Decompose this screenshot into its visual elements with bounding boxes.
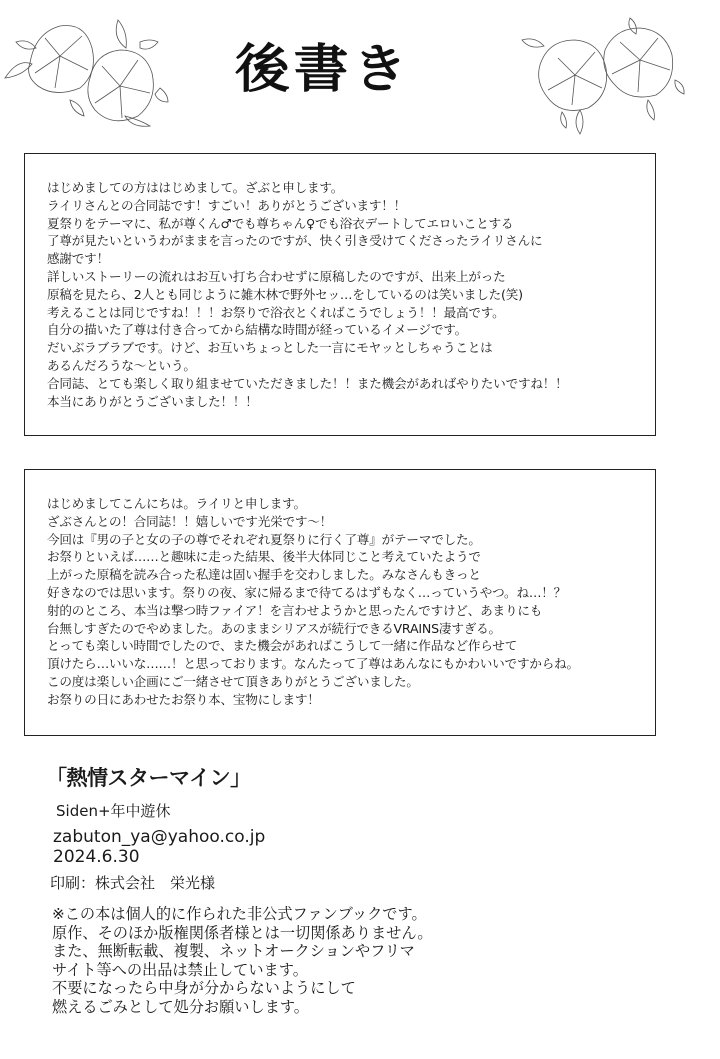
text-line: 台無しすぎたのでやめました。あのままシリアスが続行できるVRAINS凄すぎる。 bbox=[47, 620, 579, 638]
notice-line: また、無断転載、複製、ネットオークションやフリマ bbox=[52, 942, 433, 961]
book-title: 「熱情スターマイン」 bbox=[46, 762, 265, 792]
afterword-box-rairi: はじめましてこんにちは。ライリと申します。 ざぶさんとの！合同誌！！嬉しいです光… bbox=[24, 469, 656, 736]
page-title: 後書き bbox=[235, 40, 445, 100]
contact-email: zabuton_ya@yahoo.co.jp bbox=[53, 827, 265, 847]
printer-credit: 印刷：株式会社 栄光様 bbox=[50, 872, 265, 893]
notice-line: 不要になったら中身が分からないようにして bbox=[52, 979, 433, 998]
text-line: 考えることは同じですね！！！お祭りで浴衣とくればこうでしょう！！最高です。 bbox=[47, 304, 568, 322]
text-line: 好きなのでは思います。祭りの夜、家に帰るまで待てるはずもなく…っていうやつ。ね…… bbox=[47, 584, 579, 602]
text-line: 自分の描いた了尊は付き合ってから結構な時間が経っているイメージです。 bbox=[47, 321, 568, 339]
notice-line: 原作、そのほか版権関係者様とは一切関係ありません。 bbox=[52, 924, 433, 943]
morning-glory-icon bbox=[520, 10, 690, 135]
notice-line: ※この本は個人的に作られた非公式ファンブックです。 bbox=[52, 905, 433, 924]
text-line: 感謝です！ bbox=[47, 250, 568, 268]
text-line: とっても楽しい時間でしたので、また機会があればこうして一緒に作品など作らせて bbox=[47, 637, 579, 655]
text-line: 射的のところ、本当は撃つ時ファイア！を言わせようかと思ったんですけど、あまりにも bbox=[47, 602, 579, 620]
text-line: 頂けたら…いいな……！と思っております。なんたって了尊はあんなにもかわいいですか… bbox=[47, 655, 579, 673]
notice-line: 燃えるごみとして処分お願いします。 bbox=[52, 998, 433, 1017]
publish-date: 2024.6.30 bbox=[53, 847, 265, 867]
text-line: 本当にありがとうございました！！！ bbox=[47, 393, 568, 411]
text-line: 上がった原稿を読み合った私達は固い握手を交わしました。みなさんもきっと bbox=[47, 566, 579, 584]
text-line: お祭りの日にあわせたお祭り本、宝物にします！ bbox=[47, 691, 579, 709]
afterword-text: はじめましてこんにちは。ライリと申します。 ざぶさんとの！合同誌！！嬉しいです光… bbox=[47, 495, 579, 709]
notice-line: サイト等への出品は禁止しています。 bbox=[52, 961, 433, 980]
text-line: はじめましての方ははじめまして。ざぶと申します。 bbox=[47, 179, 568, 197]
text-line: ライリさんとの合同誌です！すごい！ありがとうございます！！ bbox=[47, 197, 568, 215]
text-line: はじめましてこんにちは。ライリと申します。 bbox=[47, 495, 579, 513]
text-line: 了尊が見たいというわがままを言ったのですが、快く引き受けてくださったライリさんに bbox=[47, 232, 568, 250]
text-line: この度は楽しい企画にご一緒させて頂きありがとうございました。 bbox=[47, 673, 579, 691]
text-line: だいぶラブラブです。けど、お互いちょっとした一言にモヤッとしちゃうことは bbox=[47, 339, 568, 357]
text-line: 原稿を見たら、2人とも同じように雑木林で野外セッ…をしているのは笑いました(笑) bbox=[47, 286, 568, 304]
text-line: 詳しいストーリーの流れはお互い打ち合わせずに原稿したのですが、出来上がった bbox=[47, 268, 568, 286]
disclaimer-notice: ※この本は個人的に作られた非公式ファンブックです。 原作、そのほか版権関係者様と… bbox=[52, 905, 433, 1017]
text-line: ざぶさんとの！合同誌！！嬉しいです光栄です～！ bbox=[47, 513, 579, 531]
afterword-text: はじめましての方ははじめまして。ざぶと申します。 ライリさんとの合同誌です！すご… bbox=[47, 179, 568, 410]
text-line: 合同誌、とても楽しく取り組ませていただきました！！また機会があればやりたいですね… bbox=[47, 375, 568, 393]
text-line: 夏祭りをテーマに、私が尊くん♂でも尊ちゃん♀でも浴衣デートしてエロいことする bbox=[47, 215, 568, 233]
colophon: 「熱情スターマイン」 Siden+年中遊休 zabuton_ya@yahoo.c… bbox=[50, 762, 265, 893]
text-line: お祭りといえば……と趣味に走った結果、後半大体同じこと考えていたようで bbox=[47, 548, 579, 566]
circle-name: Siden+年中遊休 bbox=[56, 800, 265, 821]
text-line: あるんだろうな～という。 bbox=[47, 357, 568, 375]
morning-glory-icon bbox=[0, 8, 175, 133]
afterword-box-zabu: はじめましての方ははじめまして。ざぶと申します。 ライリさんとの合同誌です！すご… bbox=[24, 153, 656, 436]
text-line: 今回は『男の子と女の子の尊でそれぞれ夏祭りに行く了尊』がテーマでした。 bbox=[47, 531, 579, 549]
